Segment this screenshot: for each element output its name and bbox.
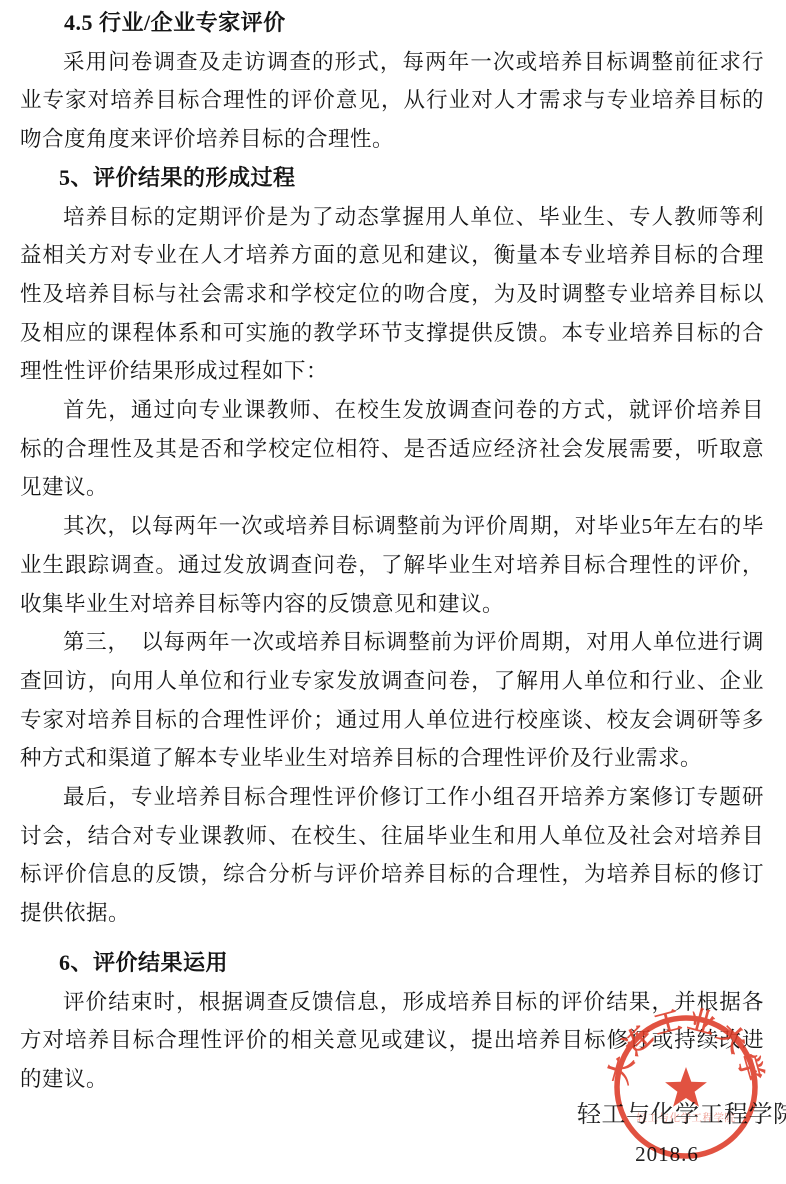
section-heading-6: 6、评价结果运用 (15, 944, 764, 983)
document-page: 4.5 行业/企业专家评价 采用问卷调查及走访调查的形式，每两年一次或培养目标调… (0, 0, 786, 1184)
signature-college-name: 轻工与化学工程学院 (577, 1100, 757, 1130)
signature-date: 2018.6 (577, 1142, 757, 1167)
paragraph-step-last: 最后，专业培养目标合理性评价修订工作小组召开培养方案修订专题研讨会，结合对专业课… (20, 778, 764, 933)
paragraph-industry-expert-evaluation: 采用问卷调查及走访调查的形式，每两年一次或培养目标调整前征求行业专家对培养目标合… (20, 43, 764, 159)
paragraph-step-third: 第三， 以每两年一次或培养目标调整前为评价周期，对用人单位进行调查回访，向用人单… (20, 623, 764, 778)
section-heading-5: 5、评价结果的形成过程 (15, 159, 764, 198)
paragraph-step-first: 首先，通过向专业课教师、在校生发放调查问卷的方式，就评价培养目标的合理性及其是否… (20, 391, 764, 507)
signature-block: 轻工与化学工程学院 2018.6 (577, 1100, 757, 1167)
paragraph-evaluation-process-intro: 培养目标的定期评价是为了动态掌握用人单位、毕业生、专人教师等利益相关方对专业在人… (20, 198, 764, 392)
paragraph-step-second: 其次，以每两年一次或培养目标调整前为评价周期，对毕业5年左右的毕业生跟踪调查。通… (20, 507, 764, 623)
section-heading-4-5: 4.5 行业/企业专家评价 (20, 4, 764, 43)
document-body: 4.5 行业/企业专家评价 采用问卷调查及走访调查的形式，每两年一次或培养目标调… (20, 4, 764, 1099)
